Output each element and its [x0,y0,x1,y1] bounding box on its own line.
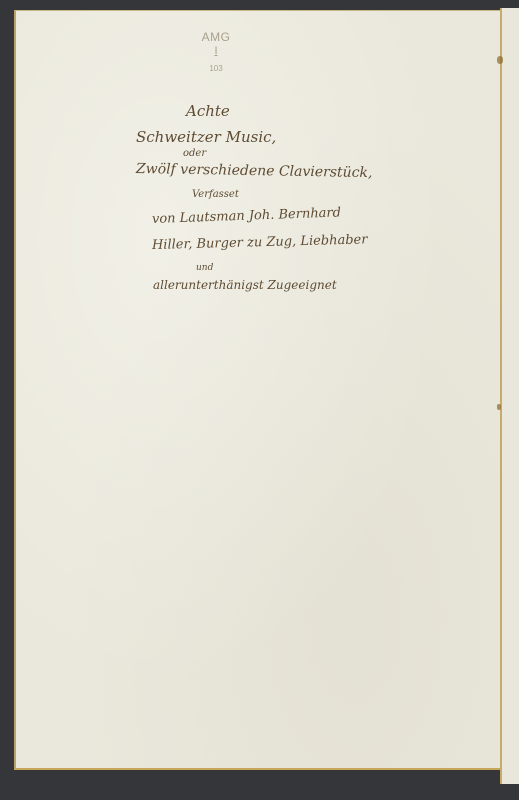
title-line-8: und [196,263,213,273]
shelfmark-volume: I [186,45,246,57]
adjacent-page-edge [500,8,519,784]
title-line-5: Verfasset [192,189,239,200]
title-line-2: Schweitzer Music, [136,128,276,146]
shelfmark-number: 103 [186,64,246,73]
binding-mark [497,56,503,64]
binding-mark [497,404,501,410]
shelfmark-collection: AMG [186,30,246,44]
manuscript-page [14,10,500,770]
title-line-9: allerunterthänigst Zugeeignet [153,278,337,292]
document-viewer: AMG I 103 Achte Schweitzer Music, oder Z… [0,0,519,800]
title-line-1: Achte [186,102,230,120]
title-line-3: oder [183,148,206,159]
shelfmark: AMG I 103 [186,30,246,90]
